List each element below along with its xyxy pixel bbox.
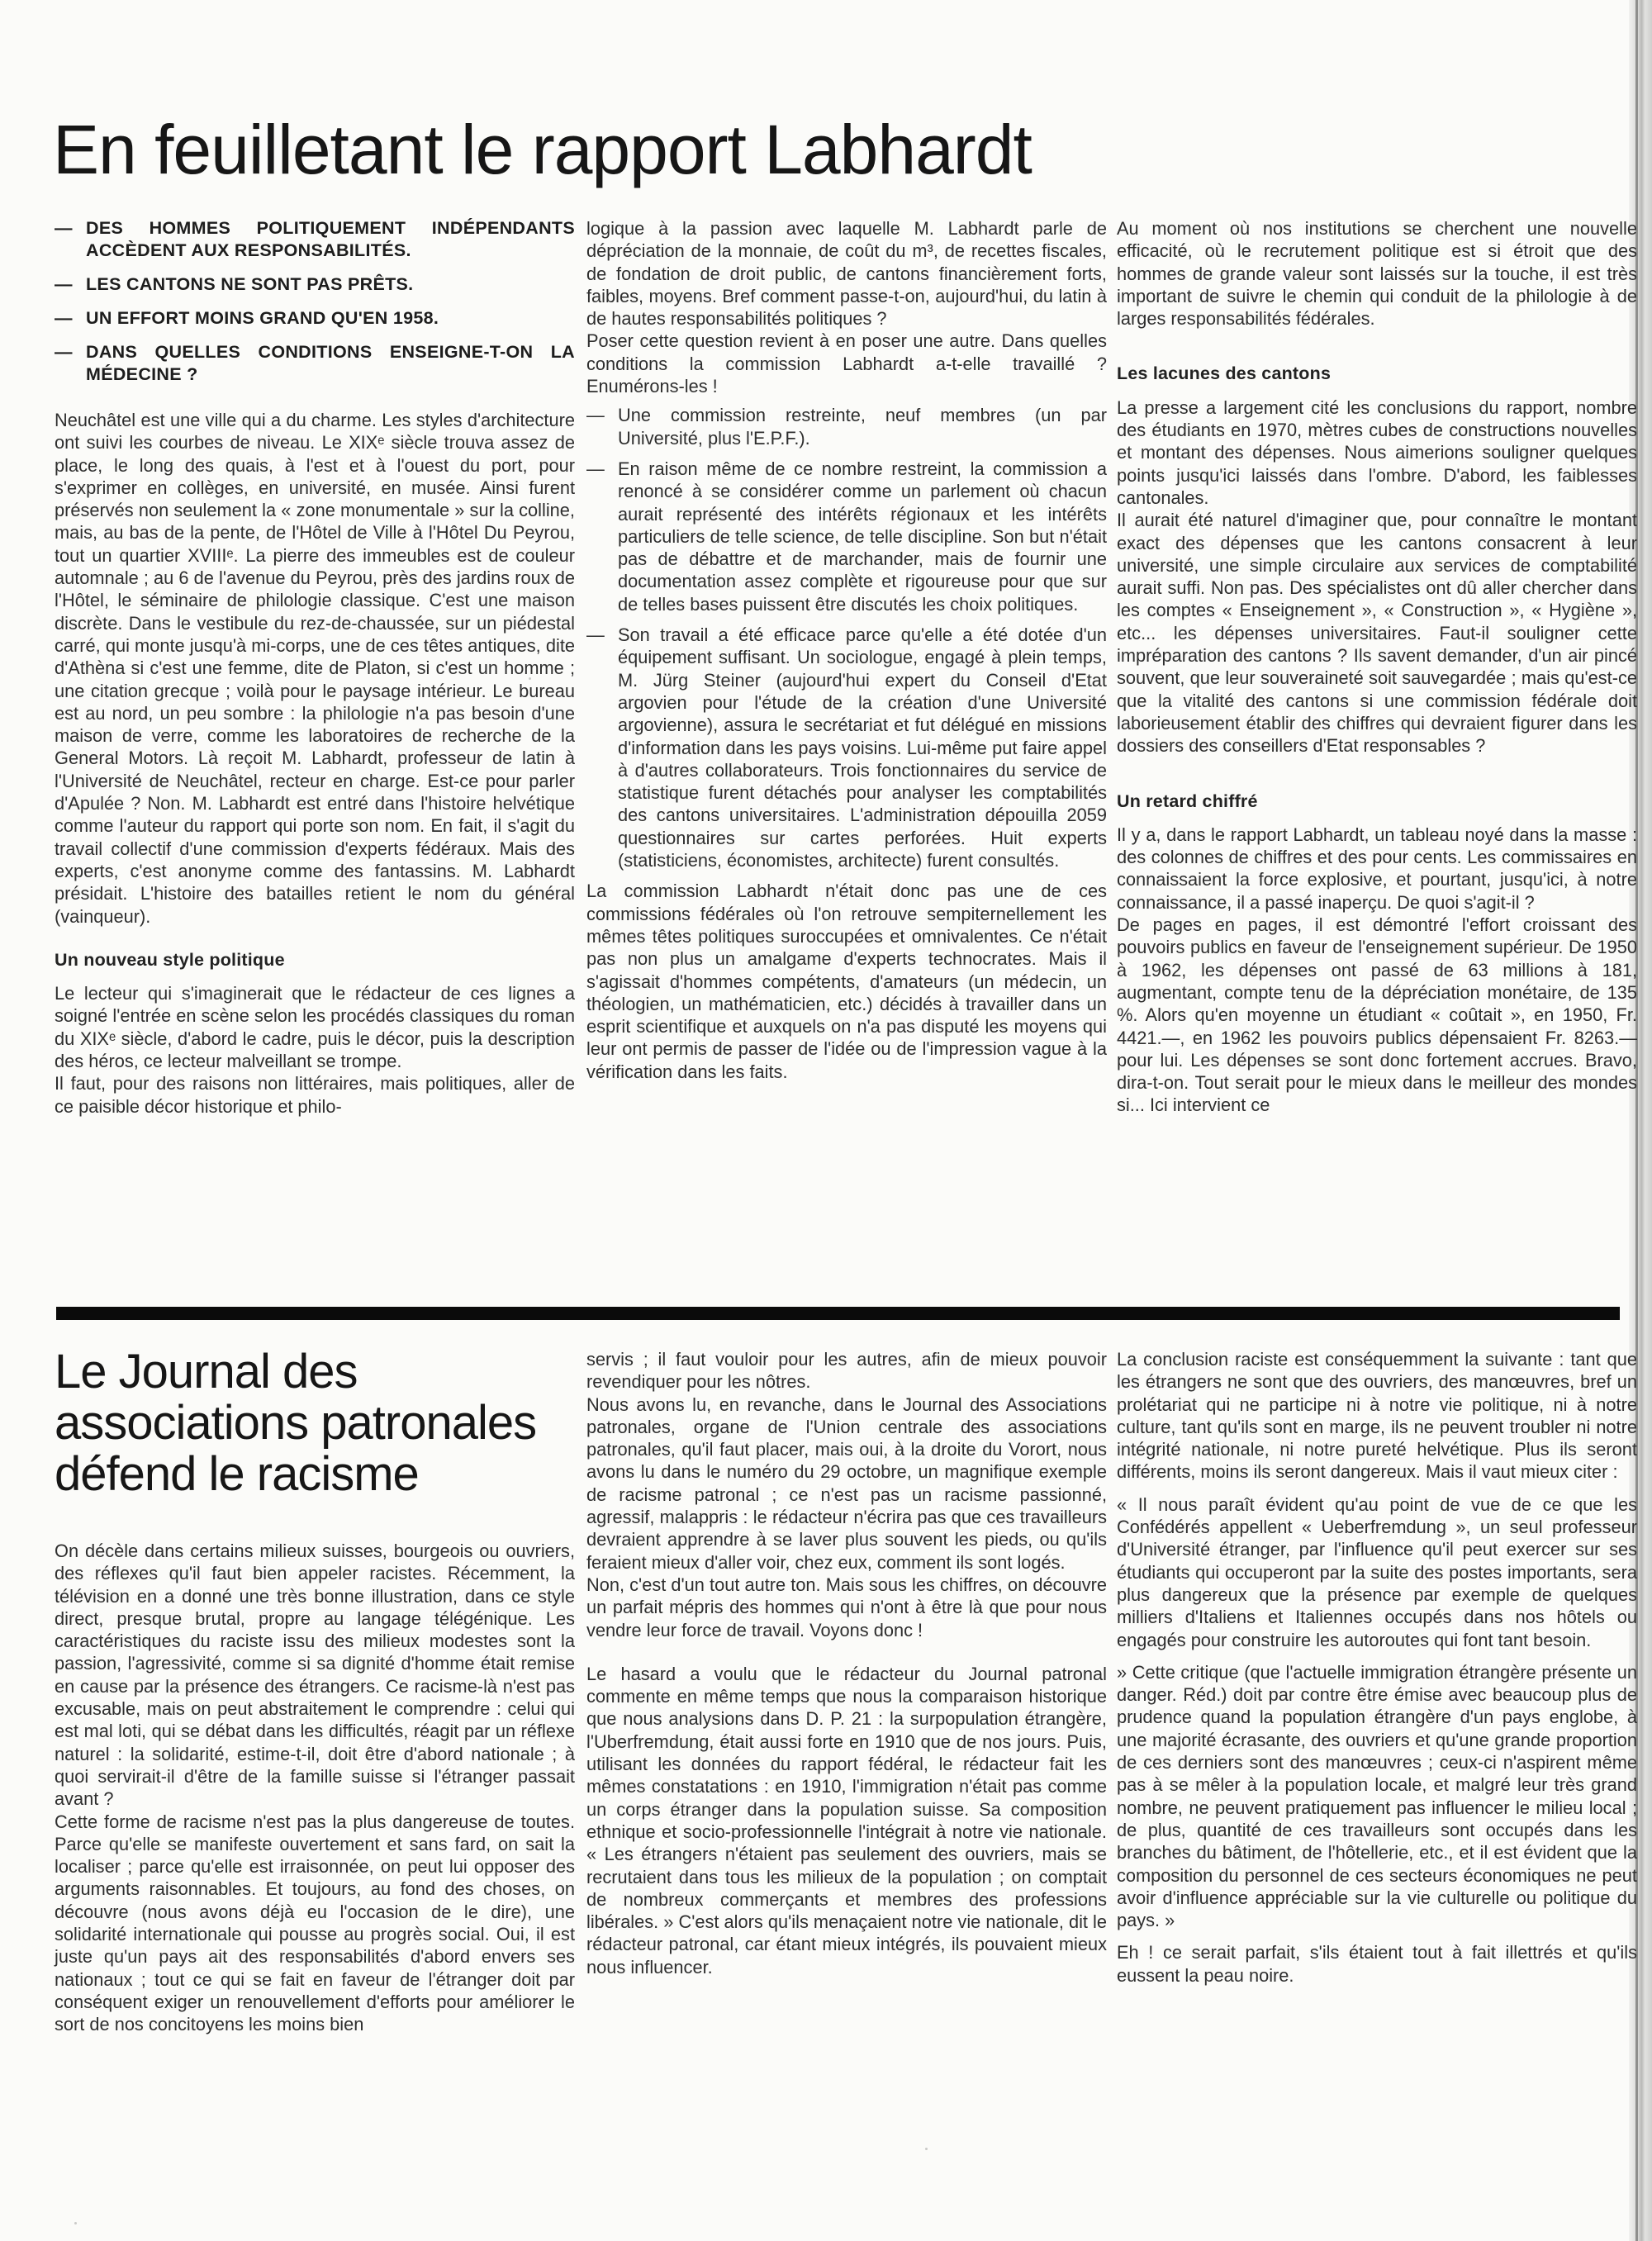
article-1-deck: —DES HOMMES POLITIQUEMENT INDÉPENDANTS A… <box>55 217 575 386</box>
section-divider-bar <box>56 1307 1620 1320</box>
paragraph: Neuchâtel est une ville qui a du charme.… <box>55 409 575 928</box>
paragraph: servis ; il faut vouloir pour les autres… <box>586 1348 1107 1394</box>
em-dash: — <box>55 341 79 363</box>
paragraph: Au moment où nos institutions se cherche… <box>1117 217 1637 330</box>
list-item: —Son travail a été efficace parce qu'ell… <box>586 624 1107 871</box>
subheading: Un retard chiffré <box>1117 791 1637 813</box>
paper-speck <box>74 2222 77 2224</box>
quote-paragraph: » Cette critique (que l'actuelle immigra… <box>1117 1661 1637 1932</box>
paragraph: La commission Labhardt n'était donc pas … <box>586 880 1107 1083</box>
paragraph: Le hasard a voulu que le rédacteur du Jo… <box>586 1663 1107 1978</box>
paragraph: La presse a largement cité les conclusio… <box>1117 396 1637 509</box>
article-1-column-3: Au moment où nos institutions se cherche… <box>1117 217 1637 1117</box>
article-2-headline: Le Journal des associations patronales d… <box>55 1346 536 1500</box>
paragraph: Le lecteur qui s'imaginerait que le réda… <box>55 982 575 1072</box>
paper-speck <box>925 2148 928 2150</box>
subheading: Un nouveau style politique <box>55 949 575 971</box>
paragraph: Il aurait été naturel d'imaginer que, po… <box>1117 509 1637 757</box>
quote-paragraph: « Il nous paraît évident qu'au point de … <box>1117 1493 1637 1651</box>
em-dash: — <box>586 624 611 646</box>
deck-item: —LES CANTONS NE SONT PAS PRÊTS. <box>55 273 575 296</box>
deck-item: —DES HOMMES POLITIQUEMENT INDÉPENDANTS A… <box>55 217 575 262</box>
paragraph: Poser cette question revient à en poser … <box>586 330 1107 397</box>
article-2-column-3: La conclusion raciste est conséquemment … <box>1117 1348 1637 1987</box>
conditions-list: —Une commission restreinte, neuf membres… <box>586 404 1107 871</box>
paragraph: Non, c'est d'un tout autre ton. Mais sou… <box>586 1574 1107 1641</box>
article-1-column-1: —DES HOMMES POLITIQUEMENT INDÉPENDANTS A… <box>55 217 575 1118</box>
paragraph: Cette forme de racisme n'est pas la plus… <box>55 1811 575 2036</box>
list-item: —Une commission restreinte, neuf membres… <box>586 404 1107 449</box>
paragraph: On décèle dans certains milieux suisses,… <box>55 1540 575 1811</box>
em-dash: — <box>55 307 79 330</box>
paragraph: Il y a, dans le rapport Labhardt, un tab… <box>1117 824 1637 914</box>
em-dash: — <box>55 273 79 296</box>
paragraph: De pages en pages, il est démontré l'eff… <box>1117 914 1637 1117</box>
paragraph: Nous avons lu, en revanche, dans le Jour… <box>586 1394 1107 1574</box>
article-2-column-2: servis ; il faut vouloir pour les autres… <box>586 1348 1107 1978</box>
list-item: —En raison même de ce nombre restreint, … <box>586 458 1107 615</box>
em-dash: — <box>586 404 611 426</box>
deck-item: —UN EFFORT MOINS GRAND QU'EN 1958. <box>55 307 575 330</box>
article-1-headline: En feuilletant le rapport Labhardt <box>53 112 1032 188</box>
paragraph: La conclusion raciste est conséquemment … <box>1117 1348 1637 1484</box>
article-1-column-2: logique à la passion avec laquelle M. La… <box>586 217 1107 1083</box>
article-2-column-1: On décèle dans certains milieux suisses,… <box>55 1540 575 2036</box>
paper-speck <box>529 677 531 680</box>
deck-item: —DANS QUELLES CONDITIONS ENSEIGNE-T-ON L… <box>55 341 575 386</box>
subheading: Les lacunes des cantons <box>1117 363 1637 385</box>
paragraph: logique à la passion avec laquelle M. La… <box>586 217 1107 330</box>
paragraph: Il faut, pour des raisons non littéraire… <box>55 1072 575 1118</box>
paragraph: Eh ! ce serait parfait, s'ils étaient to… <box>1117 1941 1637 1987</box>
em-dash: — <box>55 217 79 240</box>
em-dash: — <box>586 458 611 480</box>
